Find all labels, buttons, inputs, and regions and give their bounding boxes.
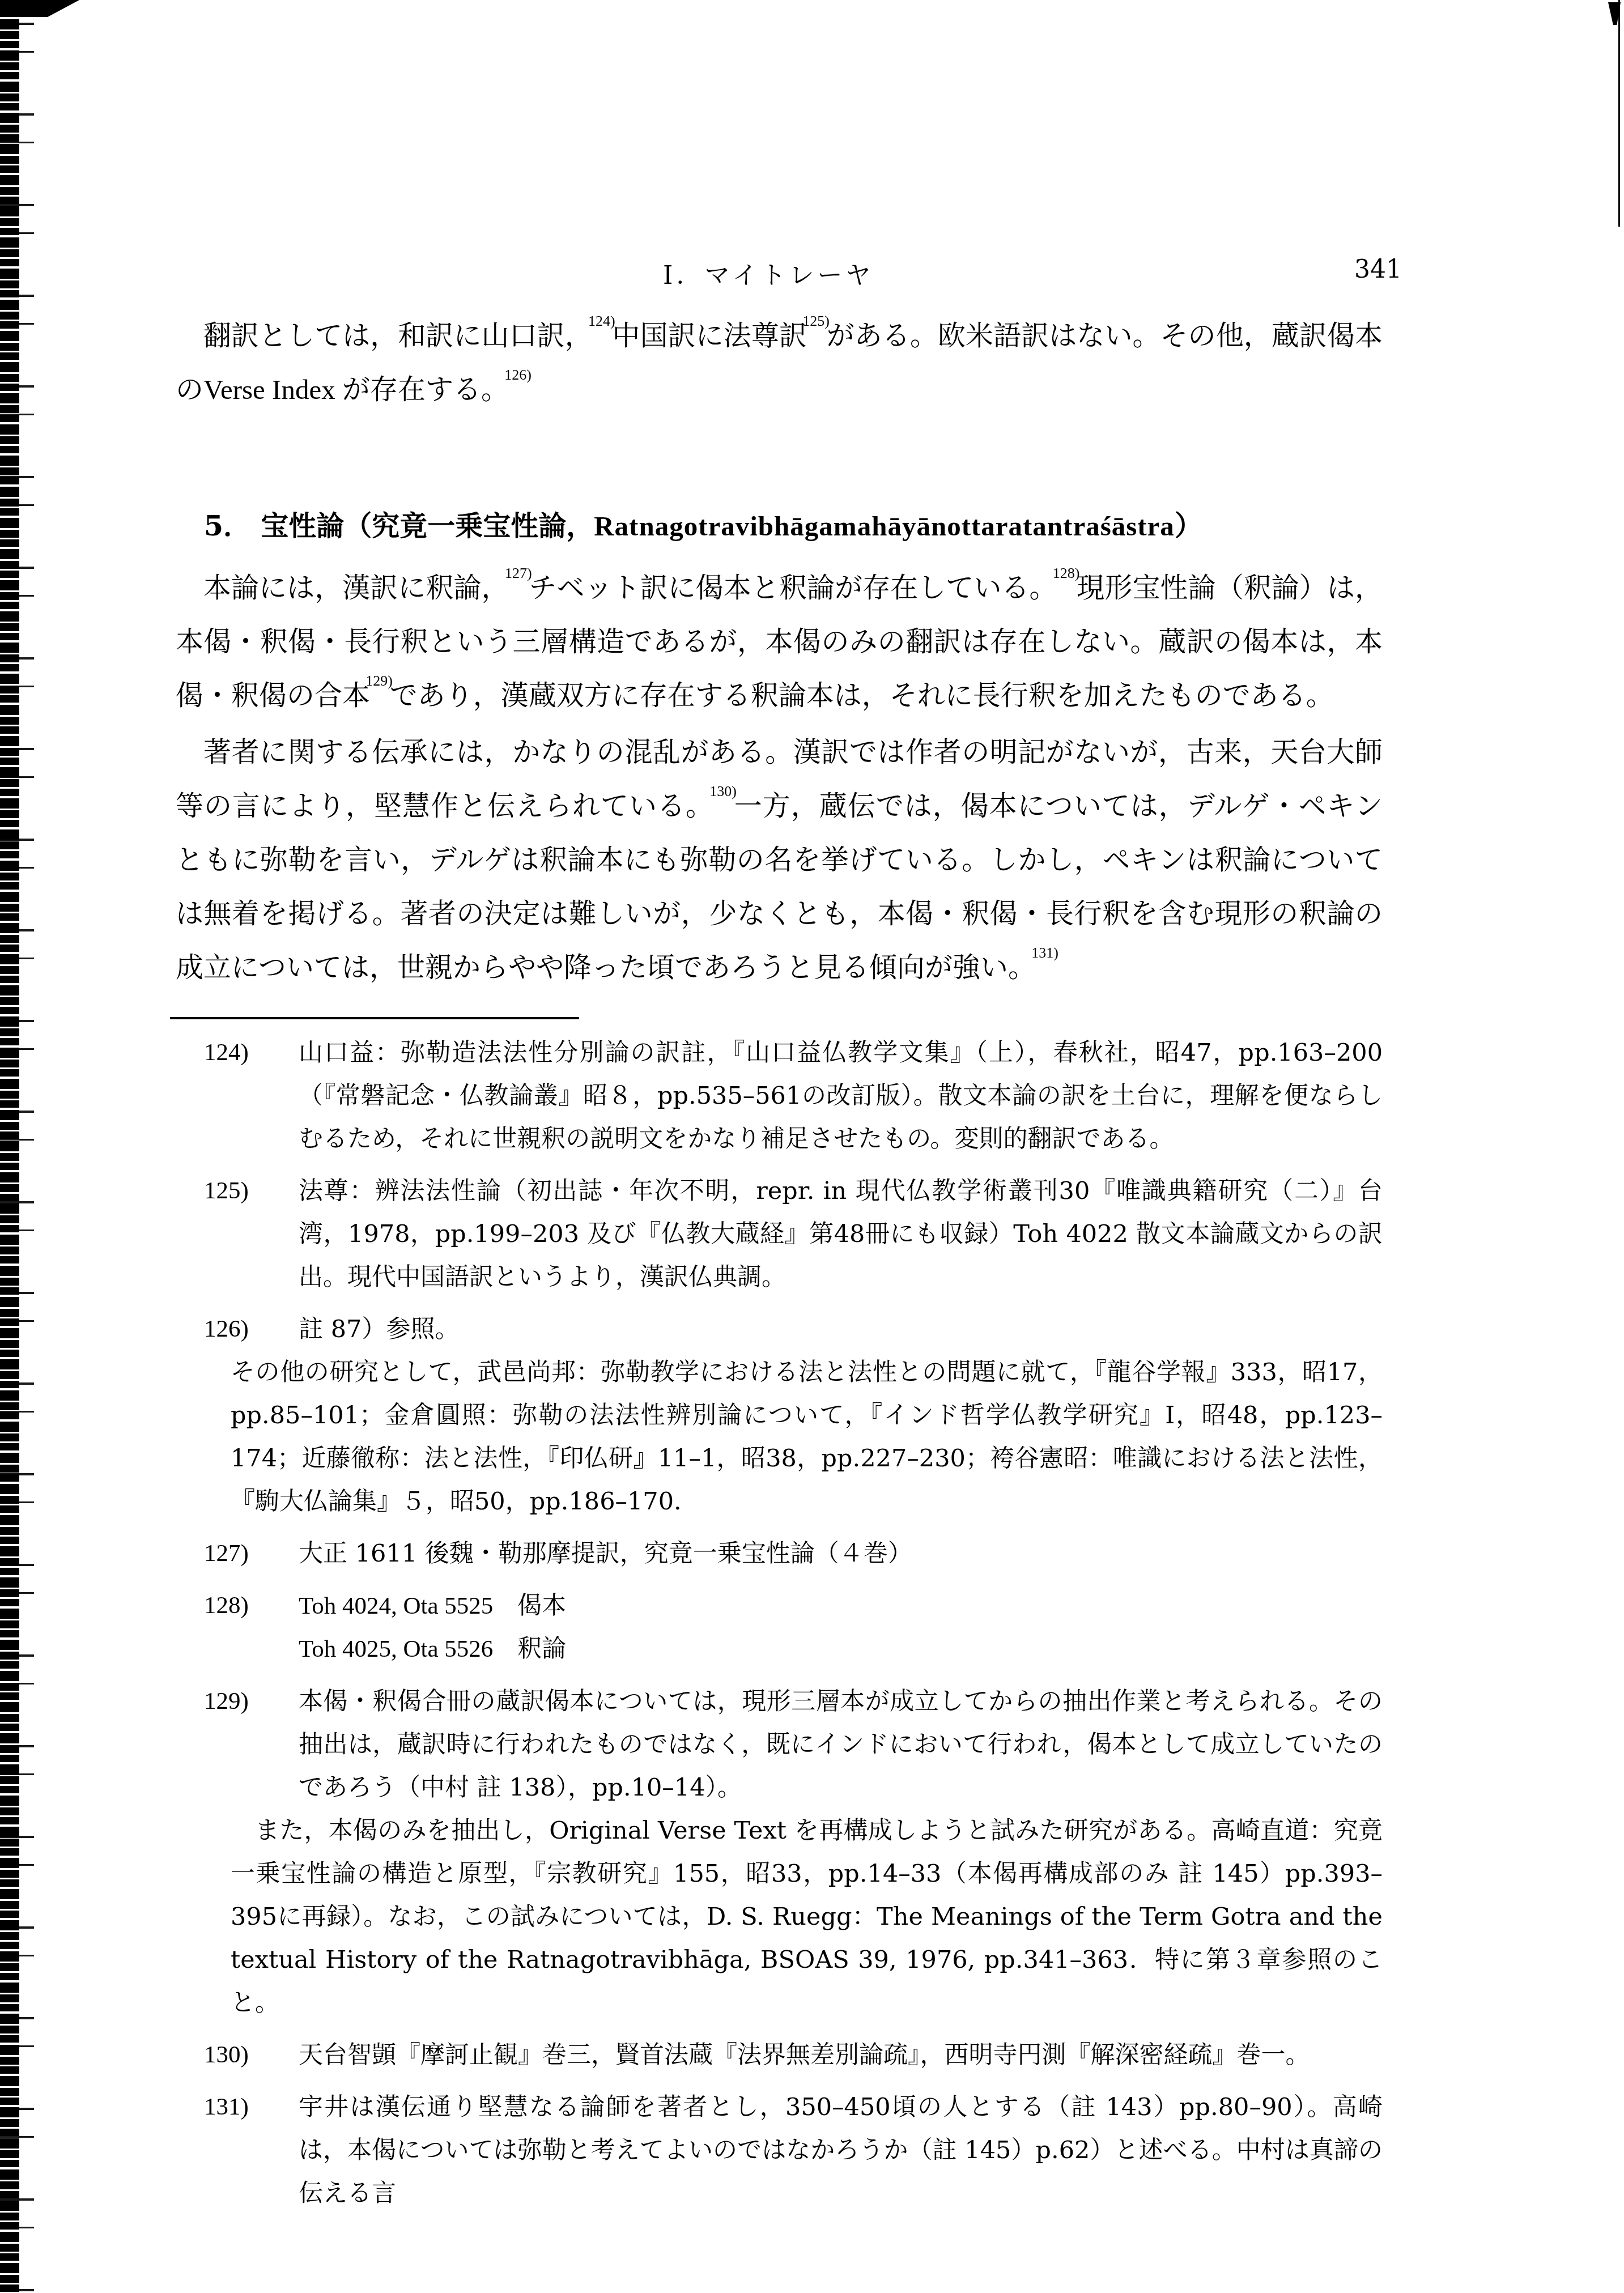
para1-text-2: チベット訳に偈本と釈論が存在している。 (529, 572, 1057, 604)
intro-text-4: Verse Index が存在する。 (203, 374, 509, 405)
section-title-latin: Ratnagotravibhāgamahāyānottaratantraśāst… (594, 510, 1175, 542)
footnote-128: 128) Toh 4024, Ota 5525 偈本 (176, 1584, 1383, 1628)
footnote-124: 124) 山口益：弥勒造法法性分別論の訳註，『山口益仏教学文集』（上），春秋社，… (176, 1031, 1383, 1160)
footnote-number: 129) (204, 1680, 249, 1723)
footnote-ref-130[interactable]: 130) (709, 783, 737, 799)
footnote-ref-124[interactable]: 124) (588, 313, 615, 329)
footnote-text: 註 87）参照。 (299, 1315, 459, 1343)
footnote-128-continuation: Toh 4025, Ota 5526 釈論 (176, 1628, 1383, 1671)
intro-paragraph: 翻訳としては，和訳に山口訳，124)中国訳に法尊訳125)がある。欧米語訳はない… (176, 309, 1383, 416)
footnote-separator (170, 1017, 579, 1019)
footnote-ref-127[interactable]: 127) (505, 565, 532, 581)
scan-edge-streaks (0, 0, 34, 2293)
footnote-ref-129[interactable]: 129) (365, 673, 393, 689)
footnote-text: 山口益：弥勒造法法性分別論の訳註，『山口益仏教学文集』（上），春秋社，昭47，p… (299, 1039, 1383, 1153)
footnotes: 124) 山口益：弥勒造法法性分別論の訳註，『山口益仏教学文集』（上），春秋社，… (176, 1031, 1383, 2224)
footnote-ref-131[interactable]: 131) (1031, 945, 1058, 961)
para1-text-1: 本論には，漢訳に釈論， (203, 572, 509, 604)
section-title-close: ） (1175, 509, 1202, 542)
intro-text-2: 中国訳に法尊訳 (613, 320, 807, 352)
document-page: I．マイトレーヤ 341 翻訳としては，和訳に山口訳，124)中国訳に法尊訳12… (0, 0, 1624, 2293)
footnote-text: 本偈・釈偈合冊の蔵訳偈本については，現形三層本が成立してからの抽出作業と考えられ… (299, 1687, 1383, 1802)
scan-edge-artifact-right (1618, 0, 1620, 227)
footnote-129: 129) 本偈・釈偈合冊の蔵訳偈本については，現形三層本が成立してからの抽出作業… (176, 1680, 1383, 1809)
paragraph-2: 著者に関する伝承には，かなりの混乱がある。漢訳では作者の明記がないが，古来，天台… (176, 725, 1383, 994)
footnote-number: 130) (204, 2034, 249, 2077)
footnote-number: 128) (204, 1584, 249, 1627)
footnote-ref-126[interactable]: 126) (504, 367, 532, 383)
footnote-number: 126) (204, 1308, 249, 1351)
running-head: I．マイトレーヤ (663, 255, 874, 291)
footnote-ref-128[interactable]: 128) (1053, 565, 1080, 581)
footnote-number: 127) (204, 1532, 249, 1575)
footnote-129-continuation: また，本偈のみを抽出し，Original Verse Text を再構成しようと… (176, 1809, 1383, 2024)
footnote-text: 宇井は漢伝通り堅慧なる論師を著者とし，350–450頃の人とする（註 143）p… (299, 2093, 1383, 2207)
footnote-126: 126) 註 87）参照。 (176, 1308, 1383, 1351)
section-title-ja: 宝性論（究竟一乗宝性論， (261, 509, 594, 542)
footnote-127: 127) 大正 1611 後魏・勒那摩提訳，究竟一乗宝性論（４巻） (176, 1532, 1383, 1575)
footnote-text: 大正 1611 後魏・勒那摩提訳，究竟一乗宝性論（４巻） (299, 1539, 912, 1568)
intro-text-1: 翻訳としては，和訳に山口訳， (203, 320, 593, 352)
footnote-number: 124) (204, 1031, 249, 1074)
footnote-130: 130) 天台智顗『摩訶止観』巻三，賢首法蔵『法界無差別論疏』，西明寺円測『解深… (176, 2034, 1383, 2077)
footnote-text: 法尊：辨法法性論（初出誌・年次不明，repr. in 現代仏教学術叢刊30『唯識… (299, 1177, 1383, 1291)
section-number: 5． (204, 509, 251, 542)
para1-text-4: であり，漢蔵双方に存在する釈論本は，それに長行釈を加えたものである。 (390, 679, 1334, 712)
footnote-text: 天台智顗『摩訶止観』巻三，賢首法蔵『法界無差別論疏』，西明寺円測『解深密経疏』巻… (299, 2041, 1310, 2069)
footnote-ref-125[interactable]: 125) (802, 313, 830, 329)
footnote-number: 125) (204, 1169, 249, 1213)
paragraph-1: 本論には，漢訳に釈論，127)チベット訳に偈本と釈論が存在している。128)現形… (176, 561, 1383, 722)
footnote-number: 131) (204, 2086, 249, 2129)
section-heading: 5． 宝性論（究竟一乗宝性論，Ratnagotravibhāgamahāyāno… (204, 504, 1202, 544)
footnote-125: 125) 法尊：辨法法性論（初出誌・年次不明，repr. in 現代仏教学術叢刊… (176, 1169, 1383, 1299)
scan-edge-artifact-top (0, 0, 79, 17)
page-number: 341 (1354, 255, 1402, 284)
footnote-text: Toh 4024, Ota 5525 偈本 (299, 1593, 566, 1619)
footnote-126-continuation: その他の研究として，武邑尚邦：弥勒教学における法と法性との問題に就て，『龍谷学報… (176, 1351, 1383, 1523)
footnote-131: 131) 宇井は漢伝通り堅慧なる論師を著者とし，350–450頃の人とする（註 … (176, 2086, 1383, 2215)
